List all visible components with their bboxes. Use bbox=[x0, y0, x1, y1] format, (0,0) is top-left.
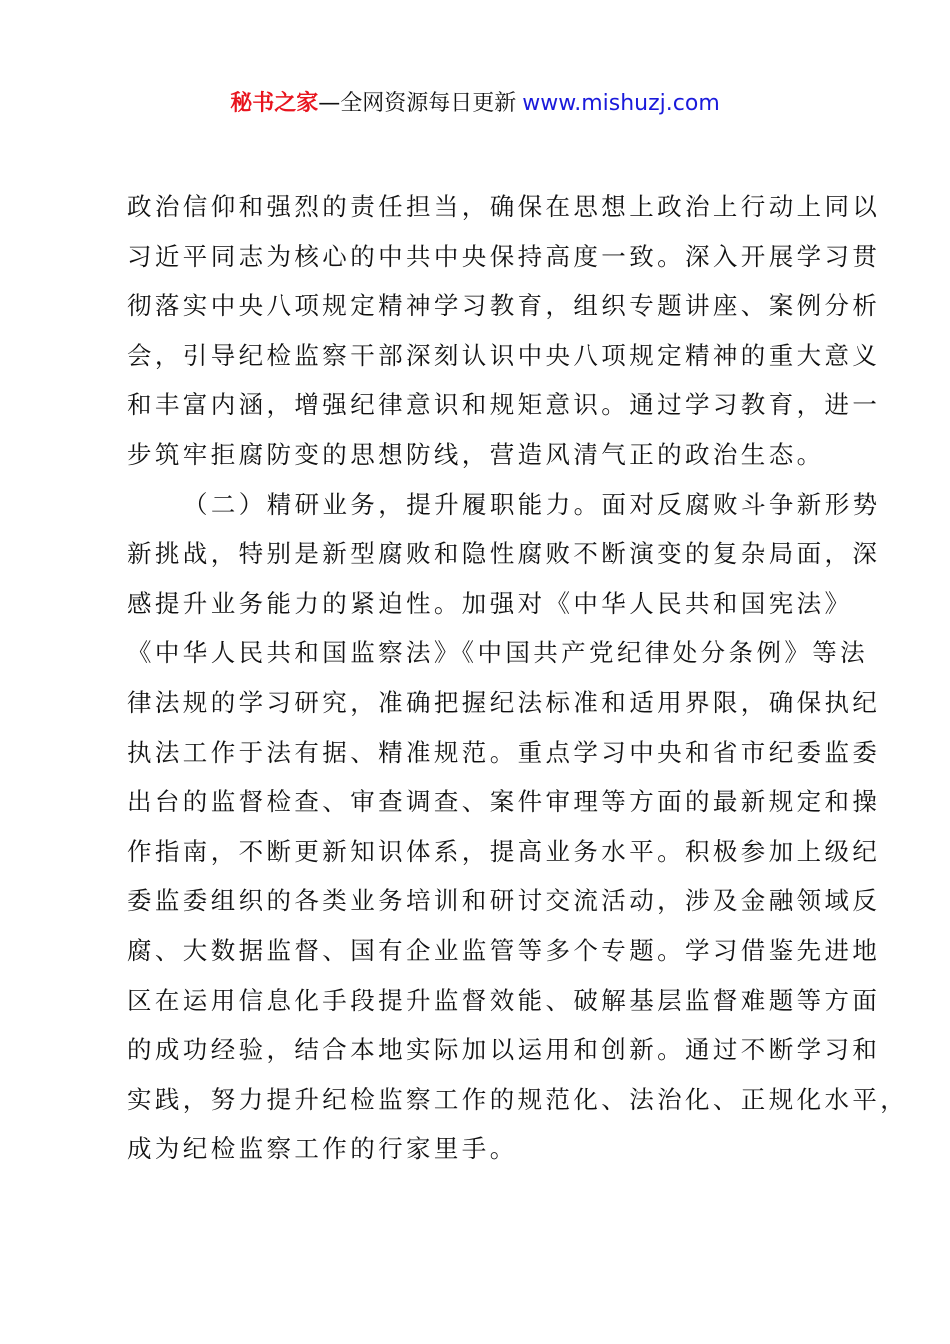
text-line: 步筑牢拒腐防变的思想防线，营造风清气正的政治生态。 bbox=[127, 430, 837, 480]
text-line: 《中华人民共和国监察法》《中国共产党纪律处分条例》等法 bbox=[127, 628, 837, 678]
text-line: 执法工作于法有据、精准规范。重点学习中央和省市纪委监委 bbox=[127, 728, 837, 778]
document-body: 政治信仰和强烈的责任担当，确保在思想上政治上行动上同以 习近平同志为核心的中共中… bbox=[127, 182, 837, 1174]
text-line: 和丰富内涵，增强纪律意识和规矩意识。通过学习教育，进一 bbox=[127, 380, 837, 430]
text-line: 政治信仰和强烈的责任担当，确保在思想上政治上行动上同以 bbox=[127, 182, 837, 232]
text-line: 成为纪检监察工作的行家里手。 bbox=[127, 1124, 837, 1174]
section-heading-line: （二）精研业务，提升履职能力。面对反腐败斗争新形势 bbox=[127, 480, 837, 530]
text-line: 腐、大数据监督、国有企业监管等多个专题。学习借鉴先进地 bbox=[127, 926, 837, 976]
text-line: 区在运用信息化手段提升监督效能、破解基层监督难题等方面 bbox=[127, 976, 837, 1026]
text-line: 作指南，不断更新知识体系，提高业务水平。积极参加上级纪 bbox=[127, 827, 837, 877]
page-header: 秘书之家—全网资源每日更新www.mishuzj.com bbox=[0, 88, 950, 120]
text-line: 会，引导纪检监察干部深刻认识中央八项规定精神的重大意义 bbox=[127, 331, 837, 381]
text-line: 律法规的学习研究，准确把握纪法标准和适用界限，确保执纪 bbox=[127, 678, 837, 728]
text-line: 彻落实中央八项规定精神学习教育，组织专题讲座、案例分析 bbox=[127, 281, 837, 331]
text-line: 新挑战，特别是新型腐败和隐性腐败不断演变的复杂局面，深 bbox=[127, 529, 837, 579]
text-line: 的成功经验，结合本地实际加以运用和创新。通过不断学习和 bbox=[127, 1025, 837, 1075]
text-line: 习近平同志为核心的中共中央保持高度一致。深入开展学习贯 bbox=[127, 232, 837, 282]
text-line: 委监委组织的各类业务培训和研讨交流活动，涉及金融领域反 bbox=[127, 876, 837, 926]
text-line: 出台的监督检查、审查调查、案件审理等方面的最新规定和操 bbox=[127, 777, 837, 827]
website-link[interactable]: www.mishuzj.com bbox=[522, 91, 719, 116]
brand-name: 秘书之家 bbox=[230, 91, 318, 116]
text-line: 感提升业务能力的紧迫性。加强对《中华人民共和国宪法》 bbox=[127, 579, 837, 629]
text-line: 实践，努力提升纪检监察工作的规范化、法治化、正规化水平， bbox=[127, 1075, 837, 1125]
header-tagline: —全网资源每日更新 bbox=[318, 91, 516, 116]
